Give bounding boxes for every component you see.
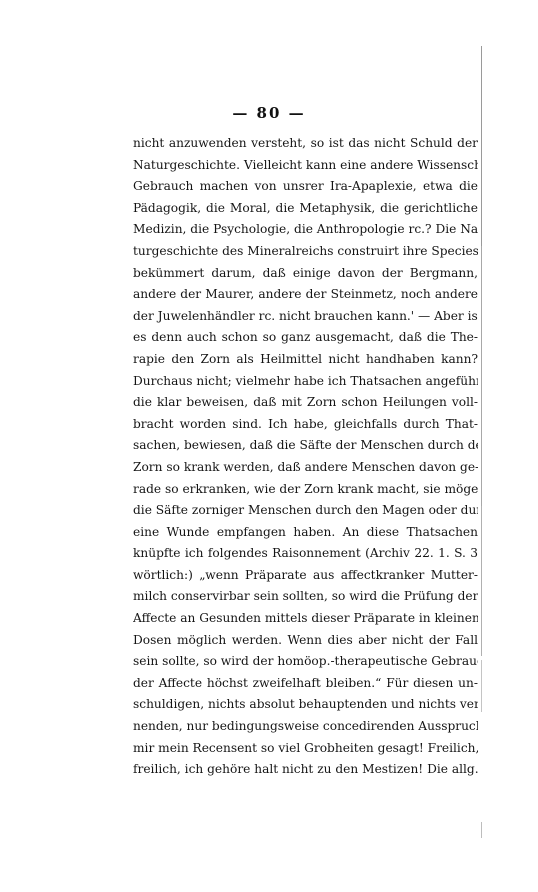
page-edge-line bbox=[481, 246, 482, 506]
text-line: es denn auch schon so ganz ausgemacht, d… bbox=[133, 327, 478, 349]
text-line: Naturgeschichte. Vielleicht kann eine an… bbox=[133, 155, 478, 177]
page-edge-line bbox=[481, 506, 482, 656]
page-number: — 80 — bbox=[0, 104, 538, 122]
text-line: turgeschichte des Mineralreichs construi… bbox=[133, 241, 478, 263]
text-line: Medizin, die Psychologie, die Anthropolo… bbox=[133, 219, 478, 241]
text-line: freilich, ich gehöre halt nicht zu den M… bbox=[133, 759, 478, 781]
page-edge-line bbox=[481, 822, 482, 838]
text-line: nicht anzuwenden versteht, so ist das ni… bbox=[133, 133, 478, 155]
text-line: bekümmert darum, daß einige davon der Be… bbox=[133, 263, 478, 285]
text-line: milch conservirbar sein sollten, so wird… bbox=[133, 586, 478, 608]
text-line: Durchaus nicht; vielmehr habe ich Thatsa… bbox=[133, 371, 478, 393]
text-line: andere der Maurer, andere der Steinmetz,… bbox=[133, 284, 478, 306]
text-line: rade so erkranken, wie der Zorn krank ma… bbox=[133, 479, 478, 501]
text-line: wörtlich:) „wenn Präparate aus affectkra… bbox=[133, 565, 478, 587]
book-page: — 80 — nicht anzuwenden versteht, so ist… bbox=[0, 0, 538, 892]
text-line: der Affecte höchst zweifelhaft bleiben.“… bbox=[133, 673, 478, 695]
text-line: sachen, bewiesen, daß die Säfte der Mens… bbox=[133, 435, 478, 457]
text-line: Zorn so krank werden, daß andere Mensche… bbox=[133, 457, 478, 479]
text-line: sein sollte, so wird der homöop.-therape… bbox=[133, 651, 478, 673]
text-line: der Juwelenhändler rc. nicht brauchen ka… bbox=[133, 306, 478, 328]
text-line: rapie den Zorn als Heilmittel nicht hand… bbox=[133, 349, 478, 371]
text-line: die klar beweisen, daß mit Zorn schon He… bbox=[133, 392, 478, 414]
page-edge-line bbox=[481, 46, 482, 246]
text-line: Dosen möglich werden. Wenn dies aber nic… bbox=[133, 630, 478, 652]
text-line: nenden, nur bedingungsweise concedirende… bbox=[133, 716, 478, 738]
text-line: schuldigen, nichts absolut behauptenden … bbox=[133, 694, 478, 716]
page-edge-line bbox=[481, 660, 482, 712]
text-line: bracht worden sind. Ich habe, gleichfall… bbox=[133, 414, 478, 436]
text-line: mir mein Recensent so viel Grobheiten ge… bbox=[133, 738, 478, 760]
text-line: knüpfte ich folgendes Raisonnement (Arch… bbox=[133, 543, 478, 565]
body-text: nicht anzuwenden versteht, so ist das ni… bbox=[133, 133, 478, 781]
text-line: Gebrauch machen von unsrer Ira-Apaplexie… bbox=[133, 176, 478, 198]
text-line: eine Wunde empfangen haben. An diese Tha… bbox=[133, 522, 478, 544]
text-line: Pädagogik, die Moral, die Metaphysik, di… bbox=[133, 198, 478, 220]
text-line: die Säfte zorniger Menschen durch den Ma… bbox=[133, 500, 478, 522]
text-line: Affecte an Gesunden mittels dieser Präpa… bbox=[133, 608, 478, 630]
